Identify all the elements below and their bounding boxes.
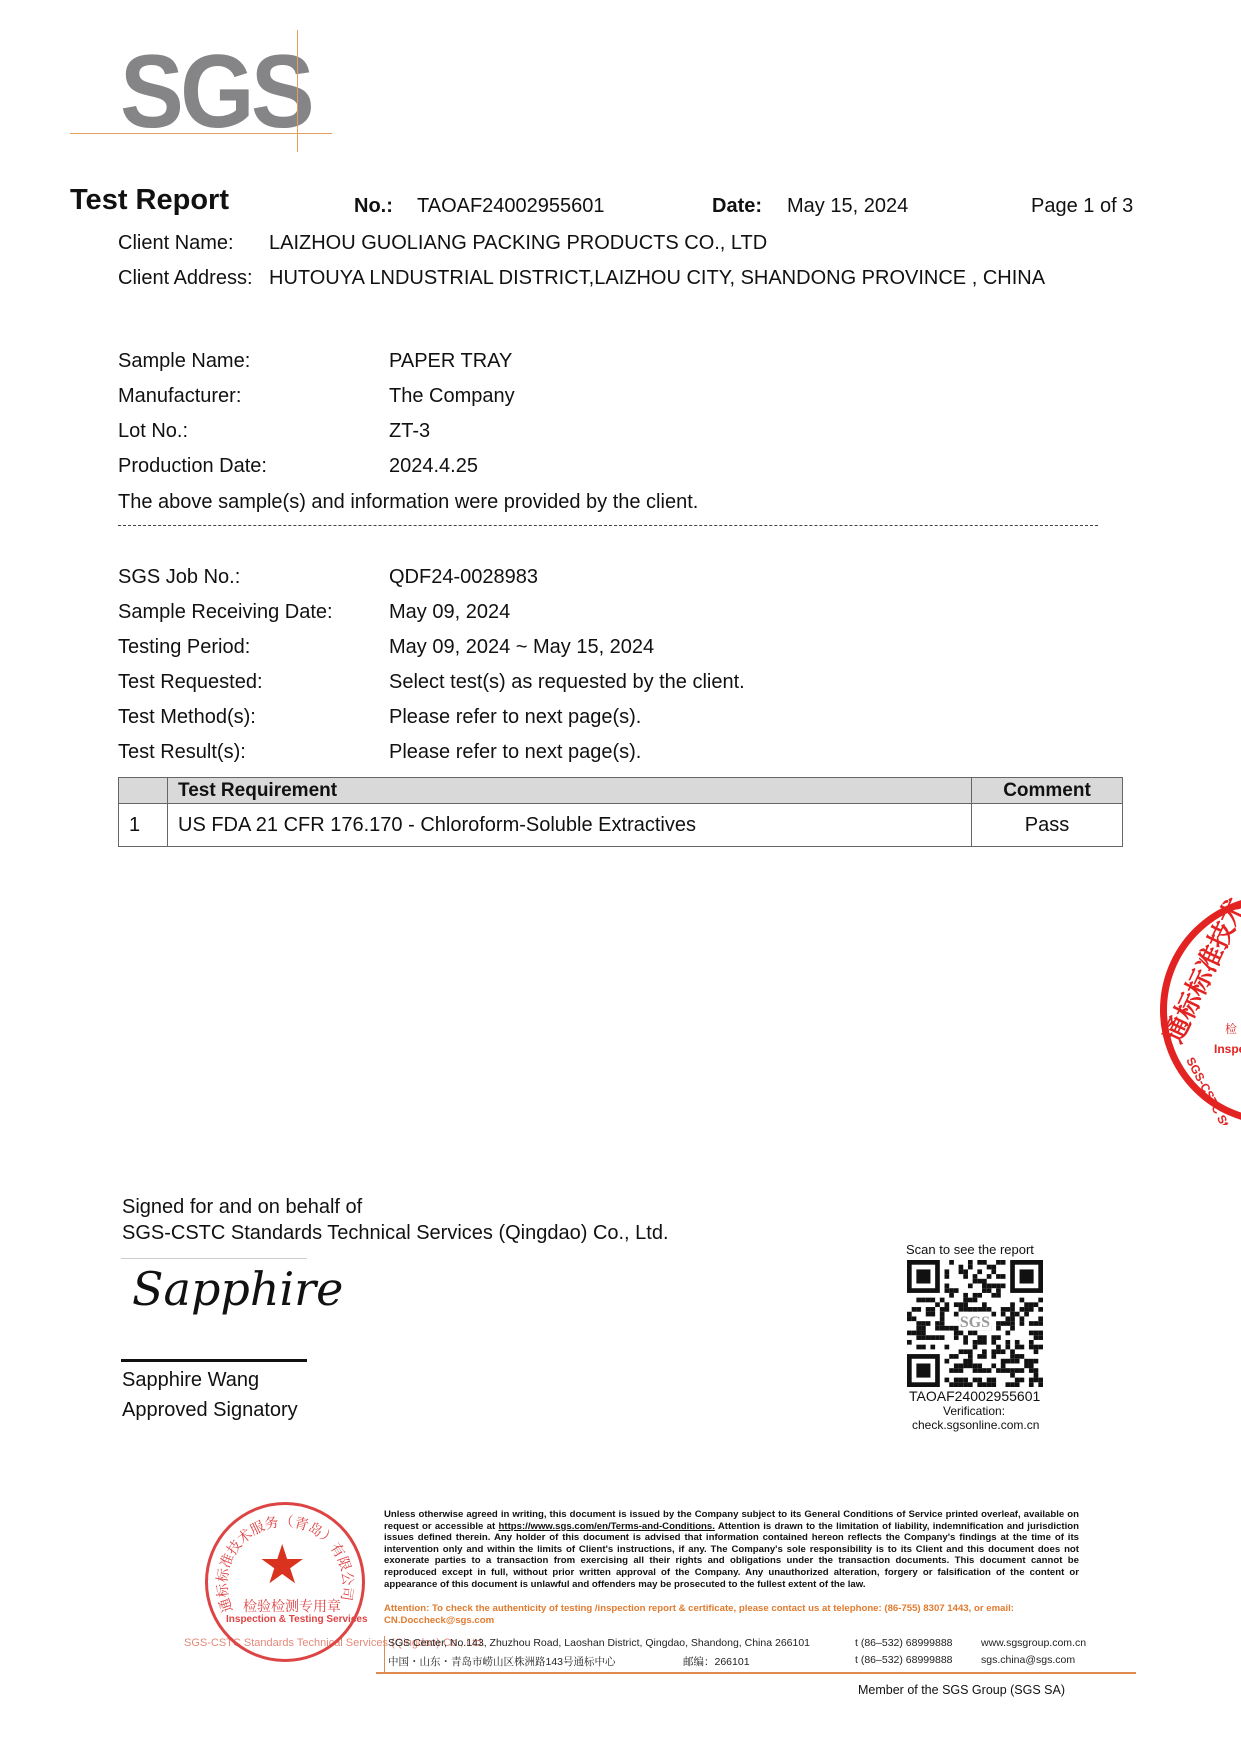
footer-postcode-cn: 邮编：266101 (683, 1654, 750, 1669)
receiving-date: May 09, 2024 (389, 601, 510, 624)
qr-code-icon[interactable]: SGS (907, 1260, 1043, 1387)
svg-text:SGS-CSTC Standards: SGS-CSTC Standards (1183, 1055, 1241, 1125)
qr-caption: Scan to see the report (906, 1242, 1034, 1257)
client-name: LAIZHOU GUOLIANG PACKING PRODUCTS CO., L… (269, 232, 767, 255)
report-number: TAOAF24002955601 (417, 195, 605, 218)
testing-period-label: Testing Period: (118, 636, 250, 659)
footer-website[interactable]: www.sgsgroup.com.cn (981, 1637, 1086, 1649)
lot-no: ZT-3 (389, 420, 430, 443)
qr-report-id: TAOAF24002955601 (909, 1388, 1040, 1404)
signed-on-behalf-line: Signed for and on behalf of (122, 1196, 362, 1219)
svg-text:SGS: SGS (960, 1314, 990, 1331)
qr-verification-label: Verification: (943, 1404, 1005, 1418)
test-requested: Select test(s) as requested by the clien… (389, 671, 745, 694)
footer-address-cn: 中国・山东・青岛市崂山区株洲路143号通标中心 (388, 1654, 616, 1669)
job-no-label: SGS Job No.: (118, 566, 240, 589)
signature-line (121, 1359, 307, 1362)
svg-text:通标标准技术服务（青岛）有限公司: 通标标准技术服务（青岛）有限公司 (214, 1514, 356, 1614)
production-date: 2024.4.25 (389, 455, 478, 478)
test-results-label: Test Result(s): (118, 741, 246, 764)
sgs-group-membership: Member of the SGS Group (SGS SA) (858, 1683, 1065, 1697)
sample-name-label: Sample Name: (118, 350, 250, 373)
manufacturer: The Company (389, 385, 515, 408)
footer-email[interactable]: sgs.china@sgs.com (981, 1654, 1075, 1666)
qr-verification-url[interactable]: check.sgsonline.com.cn (912, 1418, 1039, 1432)
signing-company: SGS-CSTC Standards Technical Services (Q… (122, 1222, 669, 1245)
seal-arc-text: 通标标准技术服务（青岛）有限公司 (205, 1502, 365, 1662)
test-requirement-table: Test Requirement Comment 1 US FDA 21 CFR… (118, 777, 1123, 847)
handwritten-signature: Sapphire (132, 1262, 343, 1316)
row-requirement: US FDA 21 CFR 176.170 - Chloroform-Solub… (168, 804, 972, 847)
report-date: May 15, 2024 (787, 195, 908, 218)
client-address-label: Client Address: (118, 267, 253, 290)
row-number: 1 (119, 804, 168, 847)
svg-text:通标标准技术: 通标标准技术 (1160, 895, 1241, 1048)
seal-right-arc-text: 通标标准技术 SGS-CSTC Standards (1160, 895, 1241, 1125)
report-number-label: No.: (354, 195, 393, 218)
authenticity-notice: Attention: To check the authenticity of … (384, 1603, 1084, 1626)
row-comment: Pass (972, 804, 1123, 847)
footer-phone-2: t (86–532) 68999888 (855, 1654, 953, 1666)
column-header-comment: Comment (972, 778, 1123, 804)
receiving-date-label: Sample Receiving Date: (118, 601, 333, 624)
test-methods-label: Test Method(s): (118, 706, 256, 729)
logo-vertical-rule (297, 30, 298, 152)
logo-horizontal-rule (70, 133, 332, 134)
signature-top-rule (121, 1258, 307, 1259)
footer-rule (376, 1672, 1136, 1674)
terms-link[interactable]: https://www.sgs.com/en/Terms-and-Conditi… (499, 1521, 715, 1532)
footer-phone: t (86–532) 68999888 (855, 1637, 953, 1649)
job-no: QDF24-0028983 (389, 566, 538, 589)
table-row: 1 US FDA 21 CFR 176.170 - Chloroform-Sol… (119, 804, 1123, 847)
test-requested-label: Test Requested: (118, 671, 263, 694)
column-header-number (119, 778, 168, 804)
manufacturer-label: Manufacturer: (118, 385, 241, 408)
table-header-row: Test Requirement Comment (119, 778, 1123, 804)
testing-period: May 09, 2024 ~ May 15, 2024 (389, 636, 654, 659)
signatory-name: Sapphire Wang (122, 1369, 259, 1392)
signatory-title: Approved Signatory (122, 1399, 298, 1422)
legal-disclaimer: Unless otherwise agreed in writing, this… (384, 1509, 1079, 1590)
dashed-divider (118, 525, 1098, 526)
client-name-label: Client Name: (118, 232, 234, 255)
test-results: Please refer to next page(s). (389, 741, 641, 764)
page-indicator: Page 1 of 3 (1031, 195, 1133, 218)
report-title: Test Report (70, 184, 229, 217)
client-address: HUTOUYA LNDUSTRIAL DISTRICT,LAIZHOU CITY… (269, 267, 1045, 290)
report-date-label: Date: (712, 195, 762, 218)
test-methods: Please refer to next page(s). (389, 706, 641, 729)
column-header-requirement: Test Requirement (168, 778, 972, 804)
production-date-label: Production Date: (118, 455, 267, 478)
lot-no-label: Lot No.: (118, 420, 188, 443)
footer-address-en: SGS Center, No.143, Zhuzhou Road, Laosha… (388, 1637, 810, 1649)
sample-name: PAPER TRAY (389, 350, 512, 373)
footer-vertical-rule (384, 1636, 385, 1674)
sample-provided-note: The above sample(s) and information were… (118, 491, 698, 514)
sgs-logo: SGS (120, 40, 311, 144)
